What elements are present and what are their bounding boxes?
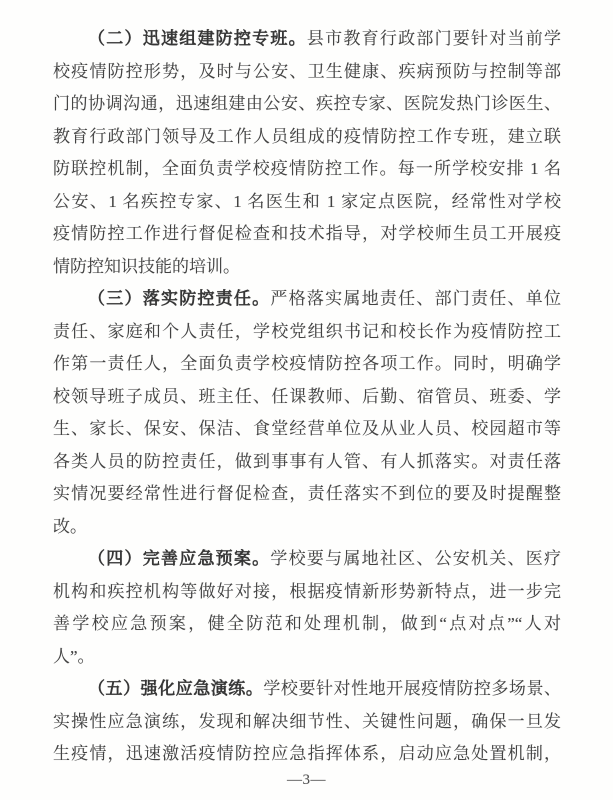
section-heading: （二）迅速组建防控专班。 xyxy=(88,29,307,48)
text-line: 实操性应急演练，发现和解决细节性、关键性问题，确保一旦发 xyxy=(53,706,561,739)
text-line: （五）强化应急演练。学校要针对性地开展疫情防控多场景、 xyxy=(53,673,561,706)
text-line: 公安、1 名疾控专家、1 名医生和 1 家定点医院，经常性对学校 xyxy=(53,186,561,219)
text-line: 改。 xyxy=(53,511,561,544)
text-line: （二）迅速组建防控专班。县市教育行政部门要针对当前学 xyxy=(53,23,561,56)
text-line: 校疫情防控形势，及时与公安、卫生健康、疾病预防与控制等部 xyxy=(53,56,561,89)
text-line: （三）落实防控责任。严格落实属地责任、部门责任、单位 xyxy=(53,283,561,316)
section-first-line-text: 学校要与属地社区、公安机关、医疗 xyxy=(270,549,561,568)
document-body: （二）迅速组建防控专班。县市教育行政部门要针对当前学校疫情防控形势，及时与公安、… xyxy=(53,23,561,771)
text-line: 教育行政部门领导及工作人员组成的疫情防控工作专班，建立联 xyxy=(53,121,561,154)
text-line: 机构和疾控机构等做好对接，根据疫情新形势新特点，进一步完 xyxy=(53,576,561,609)
text-line: 门的协调沟通，迅速组建由公安、疾控专家、医院发热门诊医生、 xyxy=(53,88,561,121)
text-line: 情防控知识技能的培训。 xyxy=(53,251,561,284)
text-line: 人”。 xyxy=(53,641,561,674)
paragraph-section-5: （五）强化应急演练。学校要针对性地开展疫情防控多场景、实操性应急演练，发现和解决… xyxy=(53,673,561,771)
text-line: 疫情防控工作进行督促检查和技术指导，对学校师生员工开展疫 xyxy=(53,218,561,251)
text-line: 各类人员的防控责任，做到事事有人管、有人抓落实。对责任落 xyxy=(53,446,561,479)
section-heading: （三）落实防控责任。 xyxy=(88,289,270,308)
section-first-line-text: 县市教育行政部门要针对当前学 xyxy=(307,29,561,48)
text-line: 善学校应急预案，健全防范和处理机制，做到“点对点”“人对 xyxy=(53,608,561,641)
page-footer: —3— xyxy=(0,769,613,791)
section-heading: （五）强化应急演练。 xyxy=(88,679,263,698)
text-line: 生疫情，迅速激活疫情防控应急指挥体系，启动应急处置机制， xyxy=(53,738,561,771)
text-line: 生、家长、保安、保洁、食堂经营单位及从业人员、校园超市等 xyxy=(53,413,561,446)
paragraph-section-3: （三）落实防控责任。严格落实属地责任、部门责任、单位责任、家庭和个人责任，学校党… xyxy=(53,283,561,543)
page-number: —3— xyxy=(287,772,326,788)
text-line: （四）完善应急预案。学校要与属地社区、公安机关、医疗 xyxy=(53,543,561,576)
text-line: 实情况要经常性进行督促检查，责任落实不到位的要及时提醒整 xyxy=(53,478,561,511)
paragraph-section-4: （四）完善应急预案。学校要与属地社区、公安机关、医疗机构和疾控机构等做好对接，根… xyxy=(53,543,561,673)
section-first-line-text: 严格落实属地责任、部门责任、单位 xyxy=(270,289,561,308)
section-first-line-text: 学校要针对性地开展疫情防控多场景、 xyxy=(263,679,561,698)
text-line: 校领导班子成员、班主任、任课教师、后勤、宿管员、班委、学 xyxy=(53,381,561,414)
text-line: 责任、家庭和个人责任，学校党组织书记和校长作为疫情防控工 xyxy=(53,316,561,349)
section-heading: （四）完善应急预案。 xyxy=(88,549,270,568)
paragraph-section-2: （二）迅速组建防控专班。县市教育行政部门要针对当前学校疫情防控形势，及时与公安、… xyxy=(53,23,561,283)
text-line: 作第一责任人，全面负责学校疫情防控各项工作。同时，明确学 xyxy=(53,348,561,381)
text-line: 防联控机制，全面负责学校疫情防控工作。每一所学校安排 1 名 xyxy=(53,153,561,186)
document-page: （二）迅速组建防控专班。县市教育行政部门要针对当前学校疫情防控形势，及时与公安、… xyxy=(0,0,613,800)
